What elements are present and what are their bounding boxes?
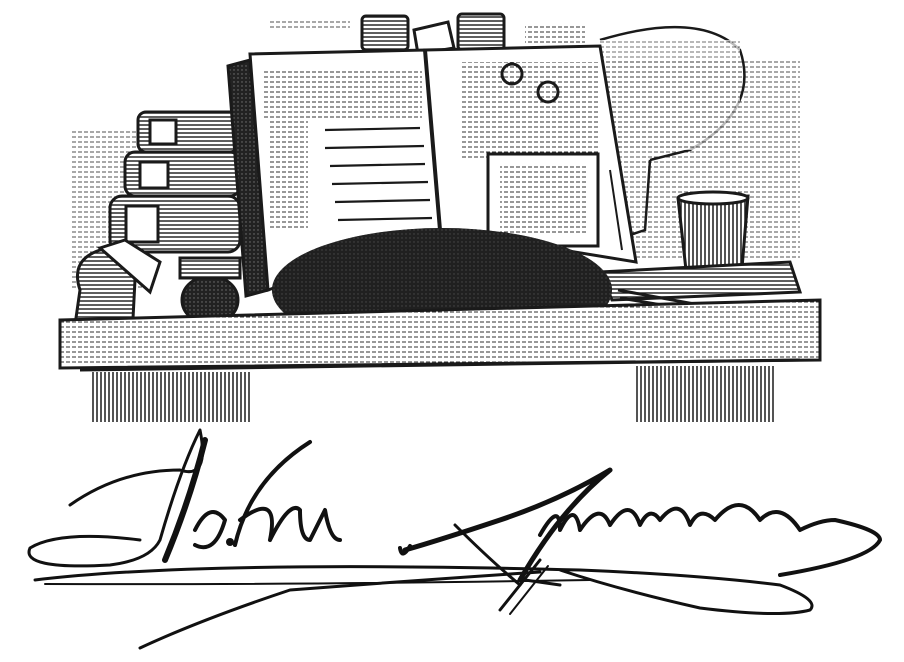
table — [60, 300, 820, 422]
engraving-illustration — [0, 0, 904, 662]
signature — [29, 430, 880, 648]
engraving-canvas: John Andrew — [0, 0, 904, 662]
glass — [678, 192, 748, 270]
